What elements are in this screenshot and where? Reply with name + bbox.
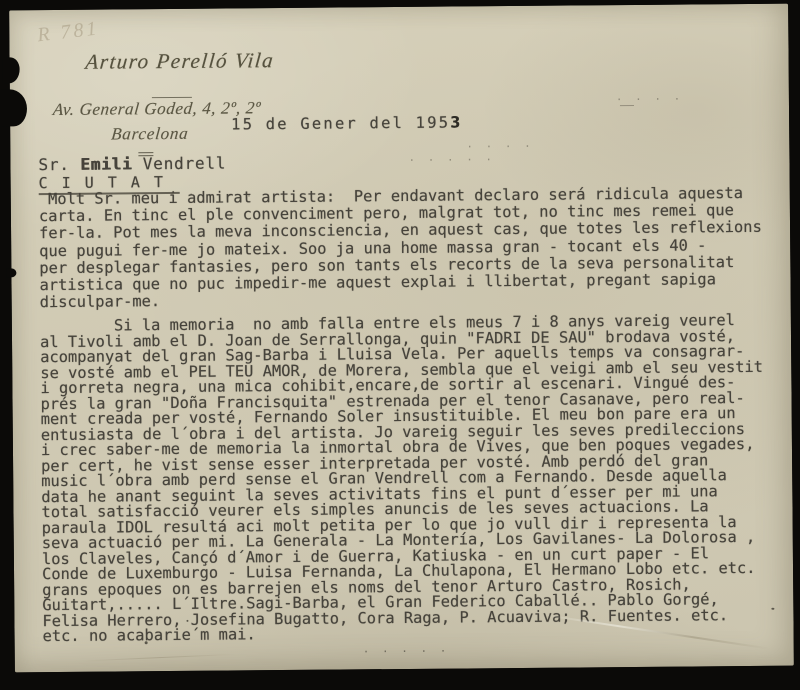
paragraph-2: Si la memoria no amb falla entre els meu… (40, 313, 766, 645)
letterhead-name: Arturo Perelló Vila (84, 48, 275, 75)
torn-edge-notch (3, 57, 20, 83)
torn-edge-notch (0, 89, 27, 126)
date-main: 15 de Gener del 195 (231, 114, 450, 134)
recipient-name-rest: Vendrell (132, 154, 226, 174)
recipient-name-emphasis: Emili (80, 154, 132, 173)
recipient-prefix: Sr. (38, 155, 80, 174)
ink-speck (771, 608, 774, 610)
closing-dots: . . . . . (363, 642, 450, 656)
recipient-line: Sr. Emili Vendrell (38, 154, 226, 175)
typed-line: disculpar-me. (40, 288, 763, 312)
ink-speck (186, 620, 188, 622)
scan-background: R 781 Arturo Perelló Vila Av. General Go… (0, 0, 800, 690)
margin-dots: . . . . (466, 137, 533, 151)
letter-paper: R 781 Arturo Perelló Vila Av. General Go… (9, 4, 794, 673)
letterhead-city: Barcelona (110, 124, 189, 145)
margin-dots: . . . . (616, 90, 683, 104)
date-line: 15 de Gener del 1953 (231, 113, 462, 133)
ink-speck (145, 641, 148, 644)
pencil-mark: R 781 (36, 17, 100, 47)
paragraph-1: Molt Sr. meu i admirat artista: Per enda… (39, 185, 763, 312)
paper-crease (85, 654, 235, 662)
date-overstruck-digit: 3 (450, 113, 462, 131)
torn-edge-notch (6, 268, 16, 277)
margin-dots: . . . . . (408, 150, 495, 164)
margin-dash (620, 105, 634, 106)
